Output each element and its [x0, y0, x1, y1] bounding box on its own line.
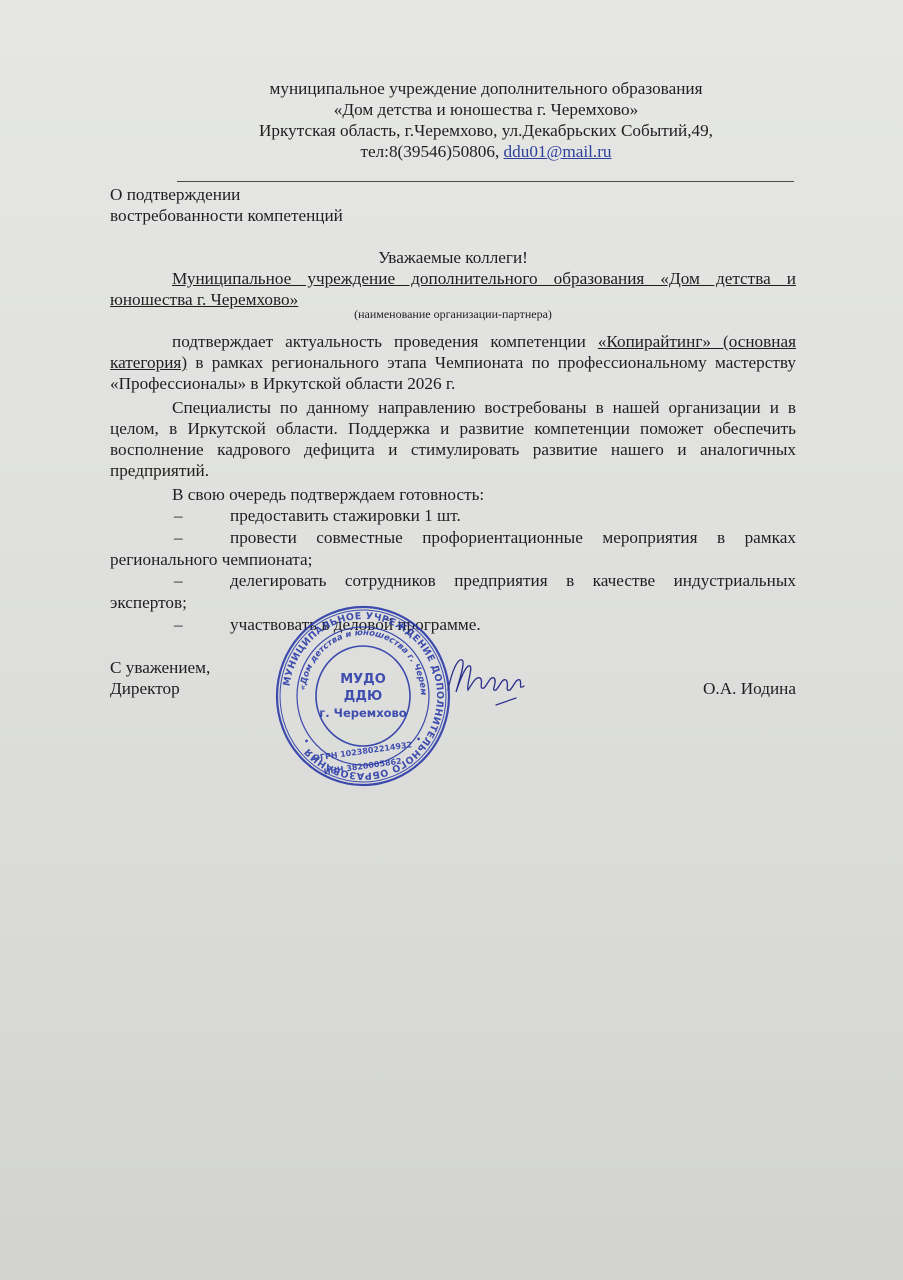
partner-caption: (наименование организации-партнера)	[110, 307, 796, 321]
dash-bullet: –	[174, 505, 183, 527]
p3-text: В свою очередь подтверждаем готовность:	[110, 484, 796, 505]
commitments-list: –предоставить стажировки 1 шт. –провести…	[110, 505, 796, 636]
letterhead-contacts: тел:8(39546)50806, ddu01@mail.ru	[177, 141, 795, 162]
letterhead-phone: тел:8(39546)50806,	[360, 142, 499, 161]
closing-regards: С уважением,	[110, 657, 210, 678]
letterhead-org-type: муниципальное учреждение дополнительного…	[177, 78, 795, 99]
dash-bullet: –	[174, 527, 183, 549]
signer-position: Директор	[110, 678, 210, 699]
svg-text:МУДО: МУДО	[340, 672, 386, 687]
greeting: Уважаемые коллеги!	[110, 247, 796, 268]
list-item: –провести совместные профориентационные …	[110, 527, 796, 571]
letterhead-email-link[interactable]: ddu01@mail.ru	[504, 142, 612, 161]
p1-prefix: подтверждает актуальность проведения ком…	[172, 332, 598, 351]
letter-subject: О подтверждении востребованности компете…	[110, 184, 343, 226]
letter-page: муниципальное учреждение дополнительного…	[0, 0, 903, 1280]
svg-text:г. Черемхово: г. Черемхово	[319, 706, 407, 720]
p2-text: Специалисты по данному направлению востр…	[110, 397, 796, 481]
svg-text:•: •	[416, 735, 421, 744]
signature-icon	[440, 650, 530, 710]
official-seal-icon: МУНИЦИПАЛЬНОЕ УЧРЕЖДЕНИЕ ДОПОЛНИТЕЛЬНОГО…	[274, 604, 452, 788]
list-item: –участвовать в деловой программе.	[110, 614, 796, 636]
closing-block: С уважением, Директор	[110, 657, 210, 699]
letterhead-address: Иркутская область, г.Черемхово, ул.Декаб…	[177, 120, 795, 141]
p1-suffix: в рамках регионального этапа Чемпионата …	[110, 353, 796, 393]
svg-text:•: •	[304, 737, 309, 746]
svg-text:ДДЮ: ДДЮ	[344, 689, 382, 704]
letterhead-org-name: «Дом детства и юношества г. Черемхово»	[177, 99, 795, 120]
subject-line-1: О подтверждении	[110, 184, 343, 205]
dash-bullet: –	[174, 614, 183, 636]
dash-bullet: –	[174, 570, 183, 592]
subject-line-2: востребованности компетенций	[110, 205, 343, 226]
partner-name-block: Муниципальное учреждение дополнительного…	[110, 268, 796, 310]
list-item: –делегировать сотрудников предприятия в …	[110, 570, 796, 614]
letterhead-divider	[177, 181, 794, 182]
partner-name: Муниципальное учреждение дополнительного…	[110, 269, 796, 309]
paragraph-demand: Специалисты по данному направлению востр…	[110, 397, 796, 481]
letterhead: муниципальное учреждение дополнительного…	[177, 78, 795, 162]
paragraph-readiness: В свою очередь подтверждаем готовность:	[110, 484, 796, 505]
paragraph-confirmation: подтверждает актуальность проведения ком…	[110, 331, 796, 394]
signer-name: О.А. Иодина	[703, 678, 796, 699]
list-item: –предоставить стажировки 1 шт.	[110, 505, 796, 527]
